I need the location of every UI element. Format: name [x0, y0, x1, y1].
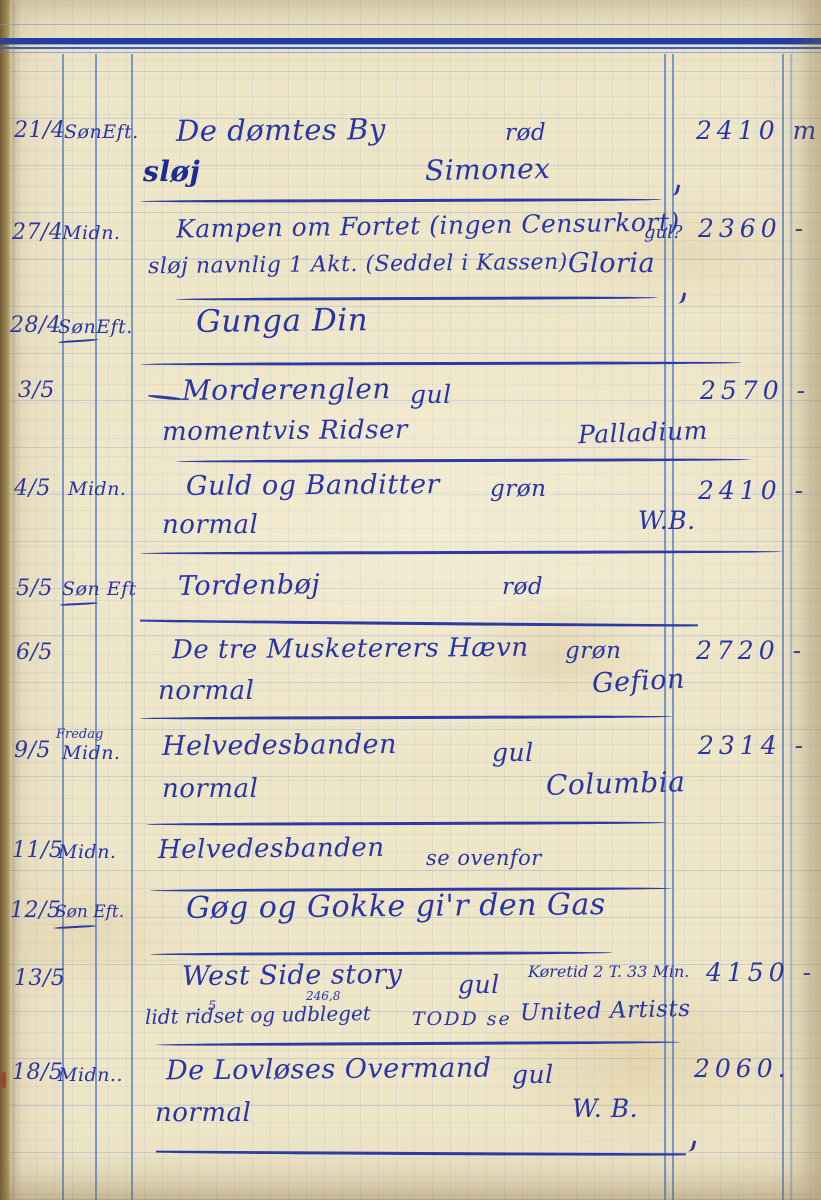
distributor: Gloria — [568, 250, 655, 277]
runtime-note: Køretid 2 T. 33 Min. — [528, 964, 689, 980]
entry-session: Midn.. — [58, 1066, 123, 1085]
check-tick — [671, 183, 681, 196]
print-color: rød — [505, 122, 546, 145]
film-length: 2720 - — [696, 638, 806, 663]
film-title: West Side story — [182, 961, 403, 990]
lead-stroke — [148, 394, 182, 400]
condition-note: lidt ridset og udbleget — [145, 1003, 371, 1027]
entry-date: 28/4 — [10, 315, 61, 337]
entry-session: Midn. — [58, 843, 116, 862]
red-edge-mark — [1, 1072, 6, 1088]
film-length: 4150 - — [706, 960, 816, 985]
film-title: Helvedesbanden — [162, 731, 397, 760]
condition-note: sløj — [143, 158, 200, 186]
film-title: Helvedesbanden — [158, 835, 385, 863]
film-title: Gunga Din — [196, 305, 368, 338]
print-color: rød — [502, 576, 543, 599]
entry-session: Søn Eft — [62, 580, 137, 599]
distributor: W.B. — [638, 508, 696, 533]
entry-date: 4/5 — [14, 478, 51, 500]
entry-underline — [140, 620, 698, 627]
film-length: 2410 - — [698, 478, 808, 503]
condition-note: normal — [155, 1100, 251, 1126]
column-rule-session-b — [131, 54, 133, 1200]
entry-date: 12/5 — [10, 900, 61, 922]
condition-note: normal — [162, 512, 258, 538]
distributor: United Artists — [520, 998, 691, 1025]
distributor: Gefion — [591, 666, 685, 698]
film-length: 2410 m — [696, 118, 821, 143]
entry-session: Søn Eft. — [55, 904, 124, 921]
sound-format-note: TODD se — [412, 1010, 512, 1029]
film-length: 2060. — [694, 1056, 791, 1081]
entry-underline — [150, 951, 612, 955]
print-color: grøn — [490, 478, 546, 501]
entry-underline — [140, 198, 662, 202]
entry-underline — [140, 550, 782, 554]
ledger-page: 21/4 SønEft. De dømtes By rød 2410 m slø… — [0, 0, 821, 1200]
film-length: 2360 - — [698, 216, 808, 241]
entry-underline — [156, 1151, 686, 1156]
print-color: gul? — [644, 224, 683, 242]
underline-end-hook — [687, 1139, 697, 1152]
entry-date: 5/5 — [16, 578, 53, 600]
entry-date: 21/4 — [14, 120, 65, 142]
distributor: Simonex — [425, 155, 551, 185]
reel-number-annotation: 246,8 — [306, 990, 340, 1002]
condition-note: se ovenfor — [426, 848, 542, 869]
entry-date: 9/5 — [14, 740, 51, 762]
condition-note: normal — [162, 776, 258, 802]
entry-date: 18/5 — [12, 1062, 63, 1084]
distributor: W. B. — [572, 1096, 638, 1121]
print-color: grøn — [565, 640, 621, 663]
entry-underline — [176, 296, 658, 300]
film-title: Morderenglen — [182, 375, 391, 405]
film-title: Gøg og Gokke gi'r den Gas — [186, 890, 606, 924]
film-length: 2314 - — [698, 733, 808, 758]
film-title: De Lovløses Overmand — [166, 1055, 492, 1085]
entry-underline — [156, 1041, 681, 1046]
top-secondary-rule — [0, 47, 821, 49]
entry-session: Midn. — [62, 224, 120, 243]
entry-date: 11/5 — [12, 840, 63, 862]
book-spine-edge — [0, 0, 12, 1200]
session-underline — [60, 602, 98, 606]
session-underline — [54, 925, 96, 929]
top-heavy-rule — [0, 38, 821, 44]
condition-note: sløj navnlig 1 Akt. (Seddel i Kassen) — [148, 252, 568, 278]
condition-note: momentvis Ridser — [162, 417, 408, 445]
print-color: gul — [458, 972, 500, 997]
entry-underline — [140, 361, 742, 365]
condition-note: normal — [158, 678, 254, 704]
print-color: gul — [492, 740, 534, 765]
top-thin-rule — [0, 52, 821, 53]
film-title: De dømtes By — [176, 115, 386, 146]
film-title: De tre Musketerers Hævn — [172, 635, 529, 663]
entry-date: 27/4 — [12, 222, 63, 244]
entry-underline — [146, 821, 666, 825]
entry-session: SønEft. — [58, 318, 133, 337]
distributor: Columbia — [546, 768, 686, 800]
print-color: gul — [512, 1062, 554, 1087]
day-label: Fredag — [56, 728, 103, 741]
entry-date: 3/5 — [18, 380, 55, 402]
film-title: Tordenbøj — [178, 571, 321, 600]
entry-session: Midn. — [62, 744, 120, 763]
distributor: Palladium — [578, 418, 709, 448]
entry-session: Midn. — [68, 480, 126, 499]
film-title: Guld og Banditter — [186, 471, 440, 500]
entry-underline — [140, 715, 672, 719]
film-title: Kampen om Fortet (ingen Censurkort) — [176, 209, 680, 241]
film-length: 2570 - — [700, 378, 810, 403]
entry-date: 6/5 — [16, 642, 53, 664]
check-tick — [677, 291, 687, 304]
entry-date: 13/5 — [14, 968, 65, 990]
entry-session: SønEft. — [64, 123, 139, 142]
print-color: gul — [410, 382, 452, 407]
top-faint-rule — [0, 24, 821, 25]
